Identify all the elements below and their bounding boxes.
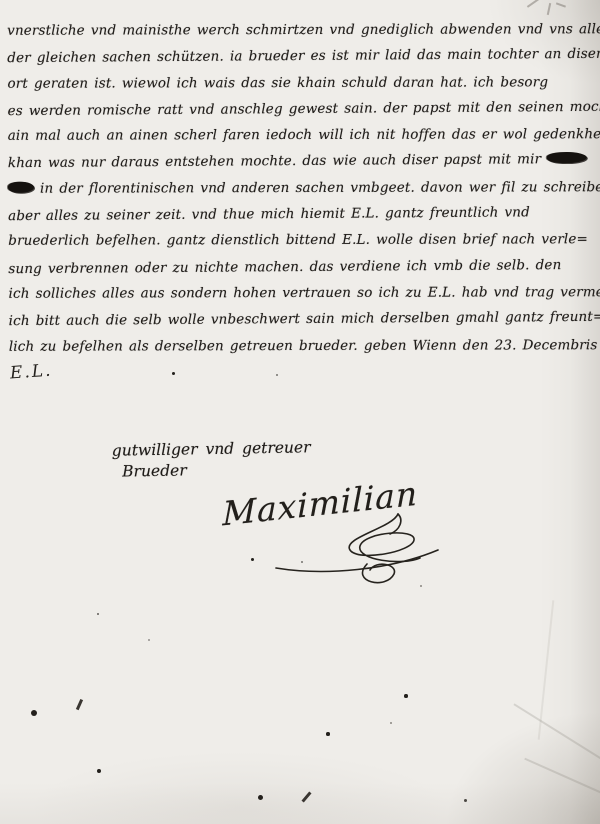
ink-smear <box>301 791 311 802</box>
signature-flourish-icon <box>270 512 445 590</box>
ink-speck <box>258 795 263 800</box>
line-text: es werden romische ratt vnd anschleg gew… <box>7 98 600 119</box>
ink-speck <box>31 710 37 716</box>
line-text: sung verbrennen oder zu nichte machen. d… <box>8 257 561 277</box>
ink-speck <box>148 639 150 641</box>
handwritten-line: aber alles zu seiner zeit. vnd thue mich… <box>8 204 594 235</box>
handwritten-line: ich bitt auch die selb wolle vnbeschwert… <box>9 309 595 340</box>
line-text: ich bitt auch die selb wolle vnbeschwert… <box>9 309 600 329</box>
ink-speck <box>404 694 408 698</box>
line-text: khan was nur daraus entstehen mochte. da… <box>8 152 541 172</box>
handwritten-line: vnerstliche vnd mainisthe werch schmirtz… <box>7 21 593 49</box>
ink-speck <box>172 372 175 375</box>
signature: Maximilian <box>222 484 442 594</box>
pencil-mark <box>527 0 539 7</box>
ink-speck <box>390 722 392 724</box>
line-text: lich zu befelhen als derselben getreuen … <box>9 337 598 355</box>
line-text: der gleichen sachen schützen. ia brueder… <box>7 46 600 66</box>
line-text: vnerstliche vnd mainisthe werch schmirtz… <box>7 21 600 39</box>
handwritten-line: ort geraten ist. wiewol ich wais das sie… <box>7 74 593 102</box>
paper-crease <box>538 600 554 739</box>
pencil-mark <box>556 2 566 7</box>
line-text: in der florentinischen vnd anderen sache… <box>40 179 600 196</box>
ink-blot <box>8 181 34 192</box>
ink-speck <box>276 374 278 376</box>
handwritten-line: in der florentinischen vnd anderen sache… <box>8 179 594 207</box>
paper-crease <box>524 758 600 804</box>
ink-speck <box>251 558 254 561</box>
handwritten-line: es werden romische ratt vnd anschleg gew… <box>7 99 593 130</box>
sender-initials: E.L. <box>9 361 53 384</box>
ink-speck <box>97 613 99 615</box>
closing-line-1: gutwilliger vnd getreuer <box>112 438 311 459</box>
closing-block: gutwilliger vnd getreuer Brueder <box>112 438 311 480</box>
handwritten-line: ich solliches alles aus sondern hohen ve… <box>9 284 595 312</box>
ink-blot <box>547 152 587 163</box>
manuscript-page: vnerstliche vnd mainisthe werch schmirtz… <box>0 0 600 824</box>
line-text: ich solliches alles aus sondern hohen ve… <box>9 284 600 302</box>
closing-line-2: Brueder <box>122 459 311 480</box>
ink-speck <box>464 799 467 802</box>
handwritten-line: bruederlich befelhen. gantz dienstlich b… <box>8 232 594 260</box>
handwritten-line: ain mal auch an ainen scherl faren iedoc… <box>8 126 594 154</box>
ink-speck <box>420 585 422 587</box>
ink-speck <box>97 769 101 773</box>
line-text: ort geraten ist. wiewol ich wais das sie… <box>7 74 548 91</box>
pencil-mark <box>547 3 551 15</box>
line-text: ain mal auch an ainen scherl faren iedoc… <box>8 126 600 144</box>
handwritten-line: sung verbrennen oder zu nichte machen. d… <box>8 257 594 288</box>
ink-speck <box>326 732 330 736</box>
line-text: aber alles zu seiner zeit. vnd thue mich… <box>8 204 530 224</box>
ink-smear <box>76 699 83 710</box>
line-text: bruederlich befelhen. gantz dienstlich b… <box>8 232 588 250</box>
handwritten-line: lich zu befelhen als derselben getreuen … <box>9 337 595 365</box>
ink-speck <box>301 561 303 563</box>
letter-body: vnerstliche vnd mainisthe werch schmirtz… <box>7 20 595 365</box>
handwritten-line: khan was nur daraus entstehen mochte. da… <box>8 151 594 182</box>
handwritten-line: der gleichen sachen schützen. ia brueder… <box>7 46 593 77</box>
